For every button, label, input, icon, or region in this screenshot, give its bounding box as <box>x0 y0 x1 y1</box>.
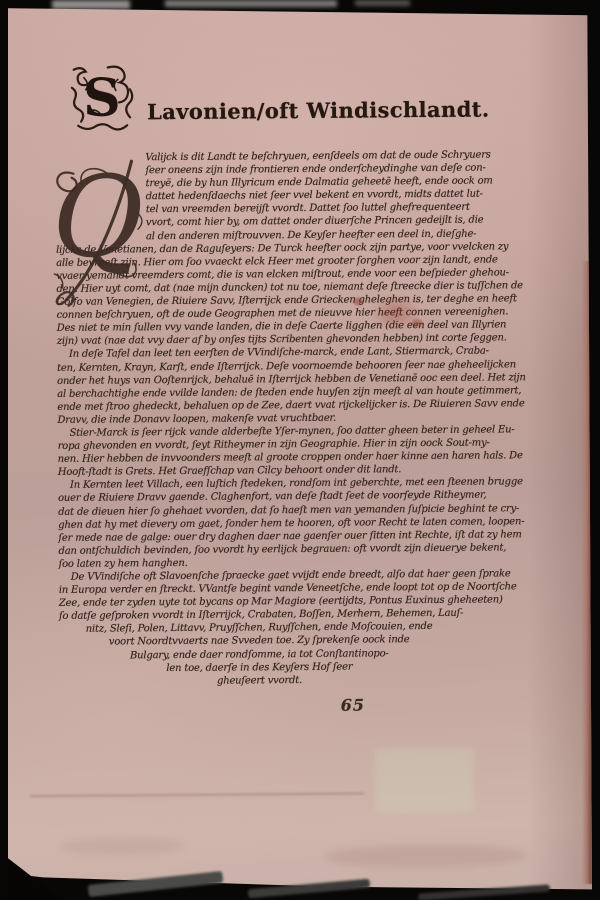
drop-cap-flourish-icon: Q <box>47 153 152 324</box>
text-line: gheuſeert vvordt. <box>59 673 459 689</box>
background-blur-object <box>165 0 337 7</box>
background-blur-object <box>355 0 410 6</box>
book-page: S Lavonien/oft Windischlandt. Q <box>8 6 592 892</box>
woodcut-initial-letter: S <box>83 67 121 128</box>
page-title: Lavonien/oft Windischlandt. <box>147 97 490 125</box>
drop-cap-initial: Q <box>47 153 152 328</box>
page-content: S Lavonien/oft Windischlandt. Q <box>5 4 596 895</box>
paper-smudge <box>324 843 529 869</box>
background-blur-object <box>52 0 130 9</box>
pale-showthrough-patch <box>375 749 473 814</box>
woodcut-initial-block: S <box>68 63 137 134</box>
book-fore-edge <box>582 261 592 884</box>
paper-smudge <box>60 836 185 856</box>
woodcut-ornament-icon: S <box>68 63 137 134</box>
book-photograph: S Lavonien/oft Windischlandt. Q <box>0 0 600 900</box>
text-block: Q Valijck is dit Landt te beſchryuen, ee… <box>55 149 459 689</box>
page-number: 65 <box>341 696 365 715</box>
paper-crease <box>29 793 364 798</box>
